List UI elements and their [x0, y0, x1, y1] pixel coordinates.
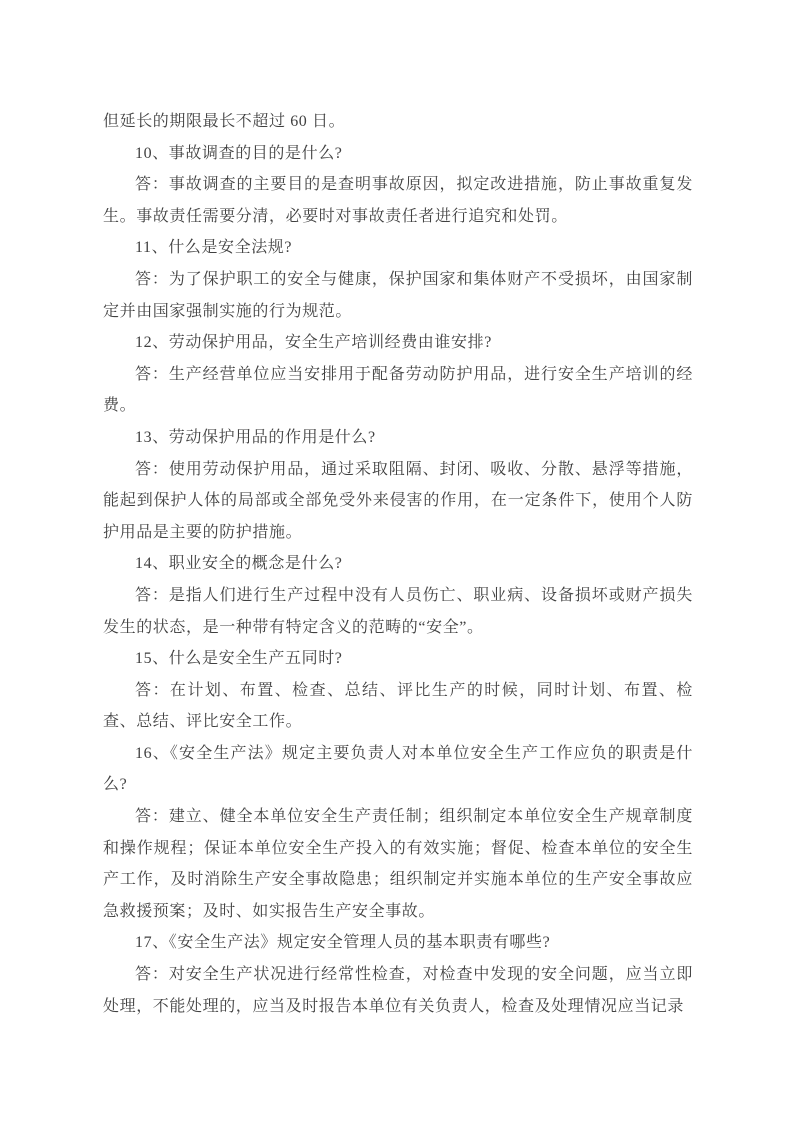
paragraph-question: 17、《安全生产法》规定安全管理人员的基本职责有哪些? — [103, 927, 693, 959]
paragraph-question: 11、什么是安全法规? — [103, 232, 693, 264]
paragraph-continuation: 但延长的期限最长不超过 60 日。 — [103, 106, 693, 138]
paragraph-answer: 答：对安全生产状况进行经常性检查，对检查中发现的安全问题，应当立即处理，不能处理… — [103, 959, 693, 1022]
document-page: 但延长的期限最长不超过 60 日。10、事故调查的目的是什么?答：事故调查的主要… — [0, 0, 793, 1122]
paragraph-question: 16、《安全生产法》规定主要负责人对本单位安全生产工作应负的职责是什么? — [103, 738, 693, 801]
paragraph-answer: 答：在计划、布置、检查、总结、评比生产的时候，同时计划、布置、检查、总结、评比安… — [103, 675, 693, 738]
paragraph-question: 12、劳动保护用品，安全生产培训经费由谁安排? — [103, 327, 693, 359]
paragraph-answer: 答：是指人们进行生产过程中没有人员伤亡、职业病、设备损坏或财产损失发生的状态，是… — [103, 580, 693, 643]
paragraph-answer: 答：建立、健全本单位安全生产责任制；组织制定本单位安全生产规章制度和操作规程；保… — [103, 801, 693, 927]
paragraph-question: 10、事故调查的目的是什么? — [103, 138, 693, 170]
document-body: 但延长的期限最长不超过 60 日。10、事故调查的目的是什么?答：事故调查的主要… — [103, 106, 693, 1022]
paragraph-answer: 答：事故调查的主要目的是查明事故原因，拟定改进措施，防止事故重复发生。事故责任需… — [103, 169, 693, 232]
paragraph-question: 15、什么是安全生产五同时? — [103, 643, 693, 675]
paragraph-question: 14、职业安全的概念是什么? — [103, 548, 693, 580]
paragraph-answer: 答：使用劳动保护用品，通过采取阻隔、封闭、吸收、分散、悬浮等措施，能起到保护人体… — [103, 454, 693, 549]
paragraph-question: 13、劳动保护用品的作用是什么? — [103, 422, 693, 454]
paragraph-answer: 答：为了保护职工的安全与健康，保护国家和集体财产不受损坏，由国家制定并由国家强制… — [103, 264, 693, 327]
paragraph-answer: 答：生产经营单位应当安排用于配备劳动防护用品，进行安全生产培训的经费。 — [103, 359, 693, 422]
